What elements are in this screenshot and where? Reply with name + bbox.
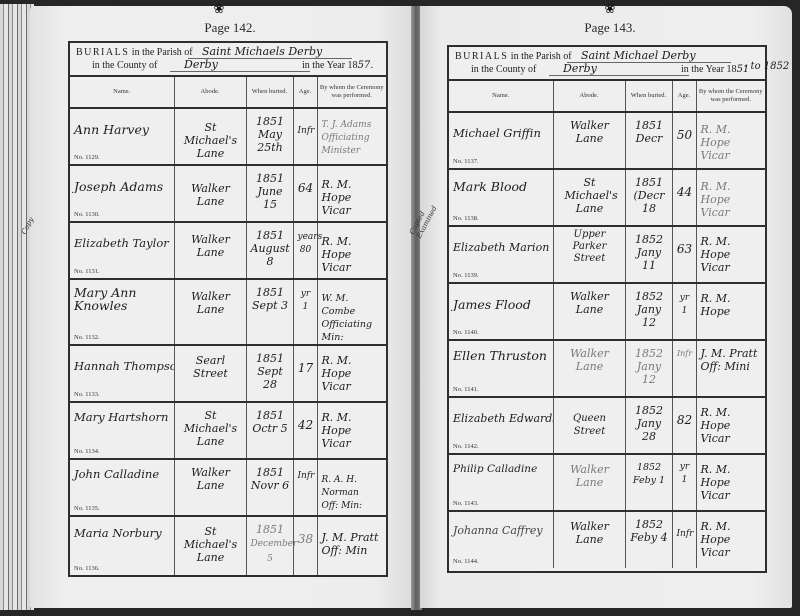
entry-officiant: R. M. HopeVicar xyxy=(697,227,766,274)
table-row: Ann HarveyNo. 1129. St Michael's Lane 18… xyxy=(70,108,386,165)
county-label: in the County of xyxy=(471,64,536,75)
entry-name: Ellen Thruston xyxy=(449,341,553,362)
right-register-table: BURIALS in the Parish of Saint Michael D… xyxy=(447,45,767,573)
entry-age: yr 1 xyxy=(294,280,317,314)
county-value: Derby xyxy=(549,63,689,76)
entry-abode: Walker Lane xyxy=(566,284,613,316)
entry-age: Infr xyxy=(673,512,696,541)
entry-date: 1851Octr 5 xyxy=(247,403,293,435)
table-row: Mark BloodNo. 1138. St Michael's Lane 18… xyxy=(449,169,765,226)
year-value: 57. xyxy=(358,60,374,71)
entry-date: 1851Novr 6 xyxy=(247,460,293,492)
col-officiant: By whom the Ceremony was performed. xyxy=(317,77,386,108)
burials-label: BURIALS xyxy=(455,51,508,62)
right-entries-table: Name. Abode. When buried. Age. By whom t… xyxy=(449,81,765,568)
entry-name: Elizabeth Edwards xyxy=(449,398,553,425)
entry-abode: Walker Lane xyxy=(175,280,246,316)
entry-age: 50 xyxy=(673,113,696,142)
entry-age: 17 xyxy=(294,346,317,375)
entry-abode: St Michael's Lane xyxy=(175,517,246,564)
table-row: Mary Ann KnowlesNo. 1132. Walker Lane 18… xyxy=(70,279,386,345)
entry-officiant: W. M. CombeOfficiating Min: xyxy=(318,280,387,344)
entry-name: Maria Norbury xyxy=(70,517,174,540)
entry-officiant: R. M. HopeVicar xyxy=(318,166,387,217)
entry-date: 1851December 5 xyxy=(247,517,293,566)
left-register-table: BURIALS in the Parish of Saint Michaels … xyxy=(68,41,388,577)
col-name: Name. xyxy=(70,77,174,108)
entry-name: James Flood xyxy=(449,284,553,311)
entry-officiant: R. M. Hope xyxy=(697,284,766,318)
entry-number: No. 1141. xyxy=(453,386,479,393)
col-name: Name. xyxy=(449,81,553,112)
entry-name: Ann Harvey xyxy=(70,109,174,136)
entry-number: No. 1130. xyxy=(74,211,100,218)
entry-name: Hannah Thompson xyxy=(70,346,174,373)
table-row: John CalladineNo. 1135. Walker Lane 1851… xyxy=(70,459,386,516)
entry-officiant: R. M. HopeVicar xyxy=(697,455,766,502)
entry-officiant: T. J. AdamsOfficiating Minister xyxy=(318,109,387,158)
entry-date: 1852Jany 12 xyxy=(626,341,672,386)
entry-date: 1851(Decr 18 xyxy=(626,170,672,215)
entry-date: 1852Jany 12 xyxy=(626,284,672,329)
entry-abode: St Michael's Lane xyxy=(175,403,246,448)
table-row: Joseph AdamsNo. 1130. Walker Lane 1851Ju… xyxy=(70,165,386,222)
entry-name: Johanna Caffrey xyxy=(449,512,553,537)
table-row: James FloodNo. 1140. Walker Lane 1852Jan… xyxy=(449,283,765,340)
county-label: in the County of xyxy=(92,60,157,71)
entry-age: 42 xyxy=(294,403,317,432)
entry-abode: Walker Lane xyxy=(187,460,234,492)
table-row: Michael GriffinNo. 1137. Walker Lane 185… xyxy=(449,112,765,169)
entry-age: 44 xyxy=(673,170,696,199)
table-row: Hannah ThompsonNo. 1133. Searl Street 18… xyxy=(70,345,386,402)
entry-age: Infr xyxy=(294,109,317,138)
entry-abode: Walker Lane xyxy=(566,113,613,145)
entry-officiant: R. M. HopeVicar xyxy=(697,170,766,219)
entry-abode: Walker Lane xyxy=(566,512,613,546)
entry-abode: Walker Lane xyxy=(175,223,246,259)
entry-name: Mary Ann Knowles xyxy=(70,280,157,312)
year-extension-note: - to 1852 xyxy=(744,61,789,72)
table-row: Mary HartshornNo. 1134. St Michael's Lan… xyxy=(70,402,386,459)
entry-date: 1851June 15 xyxy=(247,166,293,211)
county-value: Derby xyxy=(170,59,310,72)
entry-name: Mary Hartshorn xyxy=(70,403,174,424)
entry-age: 64 xyxy=(294,166,317,195)
entry-number: No. 1129. xyxy=(74,154,100,161)
left-page-number: Page 142. xyxy=(170,20,290,36)
left-register-header: BURIALS in the Parish of Saint Michaels … xyxy=(70,43,386,77)
entry-date: 1852Jany 11 xyxy=(626,227,672,272)
entry-age: years 80 xyxy=(294,223,317,257)
table-row: Elizabeth EdwardsNo. 1142. Queen Street … xyxy=(449,397,765,454)
entry-number: No. 1133. xyxy=(74,391,100,398)
entry-number: No. 1134. xyxy=(74,448,100,455)
entry-date: 1851Sept 28 xyxy=(247,346,293,391)
entry-abode: Upper Parker Street xyxy=(568,227,611,265)
entry-number: No. 1144. xyxy=(453,558,479,565)
entry-number: No. 1137. xyxy=(453,158,479,165)
entry-number: No. 1131. xyxy=(74,268,100,275)
entry-name: Philip Calladine xyxy=(449,455,553,476)
ornament-icon: ❀ xyxy=(212,4,226,14)
entry-age: 38 xyxy=(294,517,317,546)
col-when-buried: When buried. xyxy=(246,77,293,108)
entry-name: Elizabeth Marion xyxy=(449,227,553,254)
col-age: Age. xyxy=(293,77,317,108)
entry-officiant: R. M. HopeVicar xyxy=(697,512,766,559)
entry-officiant: R. M. HopeVicar xyxy=(318,346,387,393)
table-row: Elizabeth MarionNo. 1139. Upper Parker S… xyxy=(449,226,765,283)
entry-name: John Calladine xyxy=(70,460,174,481)
entry-date: 1851August 8 xyxy=(247,223,293,268)
col-when-buried: When buried. xyxy=(625,81,672,112)
entry-age: yr 1 xyxy=(673,284,696,318)
entry-number: No. 1138. xyxy=(453,215,479,222)
entry-abode: Walker Lane xyxy=(566,455,613,489)
entry-age: Infr xyxy=(294,460,317,483)
parish-label: in the Parish of xyxy=(511,51,572,62)
entry-abode: St Michael's Lane xyxy=(561,170,618,215)
entry-officiant: R. A. H. NormanOff: Min: xyxy=(318,460,387,513)
entry-name: Michael Griffin xyxy=(449,113,553,140)
entry-officiant: R. M. HopeVicar xyxy=(697,398,766,445)
entry-number: No. 1142. xyxy=(453,443,479,450)
entry-officiant: R. M. HopeVicar xyxy=(697,113,766,162)
year-label: in the Year 18 xyxy=(681,64,737,75)
entry-number: No. 1140. xyxy=(453,329,479,336)
parish-label: in the Parish of xyxy=(132,47,193,58)
entry-age: yr 1 xyxy=(673,455,696,487)
table-row: Maria NorburyNo. 1136. St Michael's Lane… xyxy=(70,516,386,575)
year-label: in the Year 18 xyxy=(302,60,358,71)
table-row: Elizabeth TaylorNo. 1131. Walker Lane 18… xyxy=(70,222,386,279)
entry-abode: Searl Street xyxy=(187,346,234,380)
entry-officiant: J. M. PrattOff: Min xyxy=(318,517,387,557)
entry-name: Joseph Adams xyxy=(70,166,174,193)
ornament-icon: ❀ xyxy=(603,4,617,14)
table-row: Ellen ThrustonNo. 1141. Walker Lane 1852… xyxy=(449,340,765,397)
entry-name: Mark Blood xyxy=(449,170,553,193)
entry-date: 1851Sept 3 xyxy=(247,280,293,312)
col-age: Age. xyxy=(672,81,696,112)
table-row: Philip CalladineNo. 1143. Walker Lane 18… xyxy=(449,454,765,511)
column-header-row: Name. Abode. When buried. Age. By whom t… xyxy=(70,77,386,108)
right-page-number: Page 143. xyxy=(550,20,670,36)
entry-abode: Walker Lane xyxy=(566,341,613,373)
entry-officiant: R. M. HopeVicar xyxy=(318,223,387,274)
entry-officiant: R. M. HopeVicar xyxy=(318,403,387,450)
entry-number: No. 1139. xyxy=(453,272,479,279)
entry-abode: Queen Street xyxy=(554,398,625,438)
entry-age: 63 xyxy=(673,227,696,256)
col-abode: Abode. xyxy=(553,81,625,112)
entry-abode: Walker Lane xyxy=(175,166,246,208)
left-entries-table: Name. Abode. When buried. Age. By whom t… xyxy=(70,77,386,575)
burials-label: BURIALS xyxy=(76,47,129,58)
entry-name: Elizabeth Taylor xyxy=(70,223,174,250)
column-header-row: Name. Abode. When buried. Age. By whom t… xyxy=(449,81,765,112)
col-officiant: By whom the Ceremony was performed. xyxy=(696,81,765,112)
entry-number: No. 1135. xyxy=(74,505,100,512)
entry-abode: St Michael's Lane xyxy=(175,109,246,160)
table-row: Johanna CaffreyNo. 1144. Walker Lane 185… xyxy=(449,511,765,568)
entry-number: No. 1143. xyxy=(453,500,479,507)
entry-date: 1852Jany 28 xyxy=(626,398,672,443)
entry-date: 1851May 25th xyxy=(247,109,293,154)
col-abode: Abode. xyxy=(174,77,246,108)
entry-number: No. 1136. xyxy=(74,565,100,572)
entry-officiant: J. M. PrattOff: Mini xyxy=(697,341,766,373)
entry-date: 1852Feby 4 xyxy=(626,512,672,544)
register-book: ❀ Page 142. ❀ Page 143. Copy Copied Exam… xyxy=(0,0,800,616)
entry-age: 82 xyxy=(673,398,696,427)
entry-date: 1851Decr xyxy=(626,113,672,145)
entry-number: No. 1132. xyxy=(74,334,100,341)
page-edges xyxy=(0,4,34,610)
entry-age: Infr xyxy=(673,341,696,360)
entry-date: 1852Feby 1 xyxy=(626,455,672,487)
right-register-header: BURIALS in the Parish of Saint Michael D… xyxy=(449,47,765,81)
